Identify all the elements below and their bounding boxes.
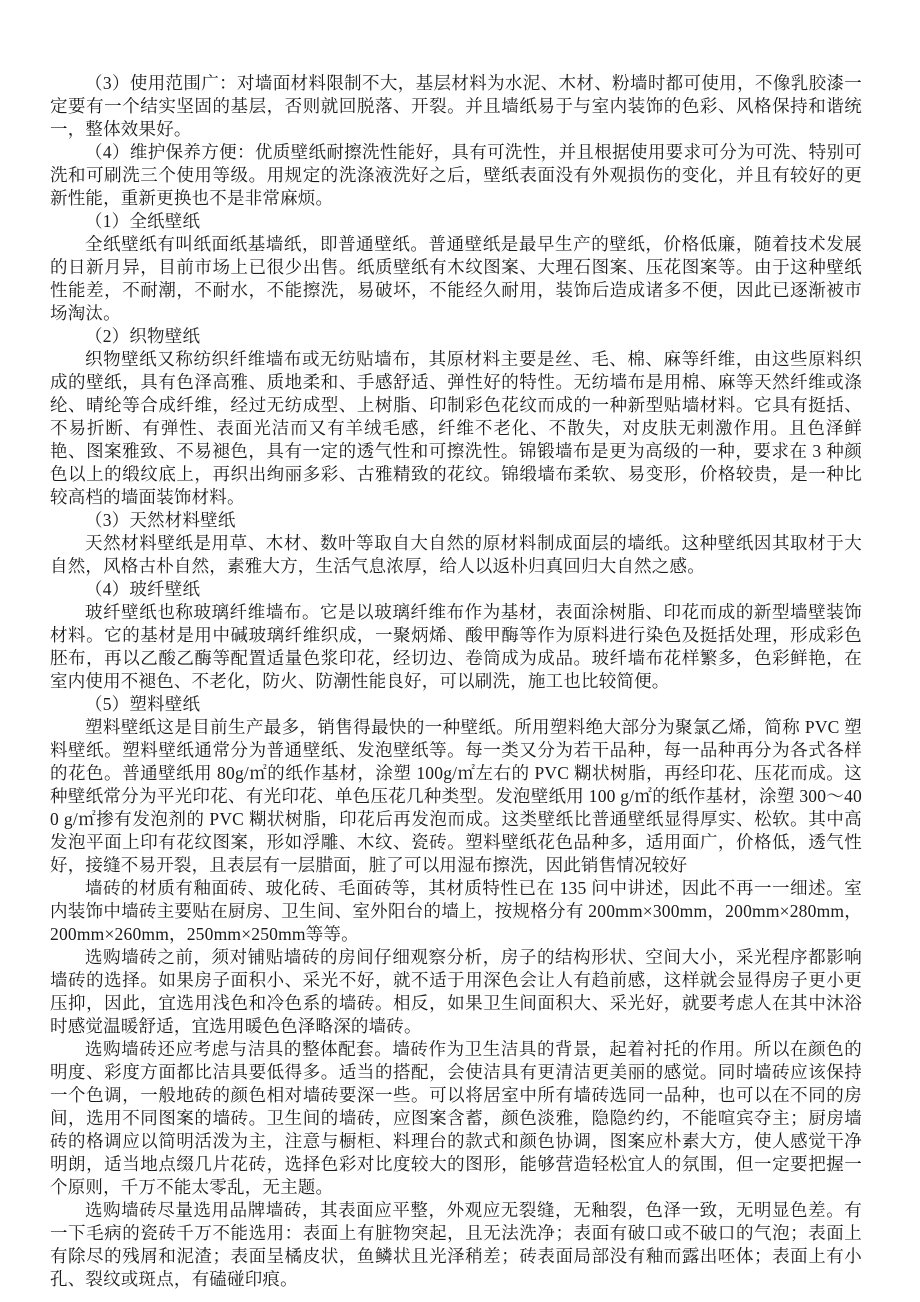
- document-page: （3）使用范围广：对墙面材料限制不大，基层材料为水泥、木材、粉墙时都可使用，不像…: [0, 0, 920, 1302]
- section-heading: （5）塑料壁纸: [50, 693, 862, 716]
- paragraph: （4）维护保养方便：优质壁纸耐擦洗性能好，具有可洗性，并且根据使用要求可分为可洗…: [50, 141, 862, 210]
- paragraph: 选购墙砖尽量选用品牌墙砖，其表面应平整，外观应无裂缝，无釉裂，色泽一致，无明显色…: [50, 1199, 862, 1291]
- section-heading: （3）天然材料壁纸: [50, 509, 862, 532]
- paragraph: 塑料壁纸这是目前生产最多，销售得最快的一种壁纸。所用塑料绝大部分为聚氯乙烯，简称…: [50, 716, 862, 877]
- paragraph: 选购墙砖还应考虑与洁具的整体配套。墙砖作为卫生洁具的背景，起着衬托的作用。所以在…: [50, 1038, 862, 1199]
- section-heading: （2）织物壁纸: [50, 325, 862, 348]
- paragraph: 墙砖的材质有釉面砖、玻化砖、毛面砖等，其材质特性已在 135 问中讲述，因此不再…: [50, 877, 862, 946]
- paragraph: 选购墙砖之前，须对铺贴墙砖的房间仔细观察分析，房子的结构形状、空间大小，采光程序…: [50, 946, 862, 1038]
- paragraph: （3）使用范围广：对墙面材料限制不大，基层材料为水泥、木材、粉墙时都可使用，不像…: [50, 72, 862, 141]
- section-heading: （1）全纸壁纸: [50, 210, 862, 233]
- document-content: （3）使用范围广：对墙面材料限制不大，基层材料为水泥、木材、粉墙时都可使用，不像…: [50, 72, 862, 1291]
- section-heading: （4）玻纤壁纸: [50, 578, 862, 601]
- paragraph: 全纸壁纸有叫纸面纸基墙纸，即普通壁纸。普通壁纸是最早生产的壁纸，价格低廉，随着技…: [50, 233, 862, 325]
- paragraph: 织物壁纸又称纺织纤维墙布或无纺贴墙布，其原材料主要是丝、毛、棉、麻等纤维，由这些…: [50, 348, 862, 509]
- paragraph: 天然材料壁纸是用草、木材、数叶等取自大自然的原材料制成面层的墙纸。这种壁纸因其取…: [50, 532, 862, 578]
- paragraph: 玻纤壁纸也称玻璃纤维墙布。它是以玻璃纤维布作为基材，表面涂树脂、印花而成的新型墙…: [50, 601, 862, 693]
